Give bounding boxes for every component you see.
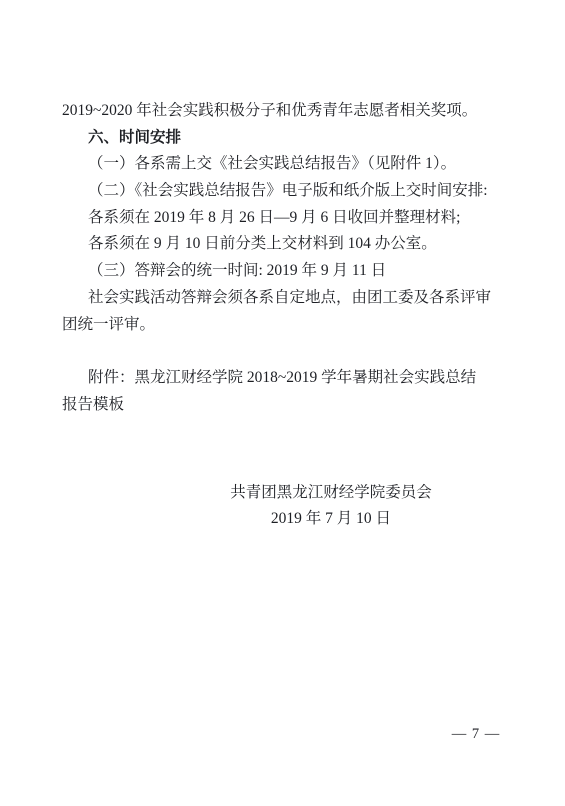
item-3-defense-time: （三）答辩会的统一时间: 2019 年 9 月 11 日 <box>62 258 500 285</box>
attachment-note-line-2: 报告模板 <box>62 392 500 419</box>
document-page: 2019~2020 年社会实践积极分子和优秀青年志愿者相关奖项。 六、时间安排 … <box>0 0 565 806</box>
signature-block: 共青团黑龙江财经学院委员会 2019 年 7 月 10 日 <box>162 480 500 533</box>
blank-line <box>62 418 500 445</box>
item-1-submit-report: （一）各系需上交《社会实践总结报告》（见附件 1）。 <box>62 151 500 178</box>
blank-line <box>62 445 500 472</box>
schedule-collect-materials: 各系须在 2019 年 8 月 26 日—9 月 6 日收回并整理材料; <box>62 205 500 232</box>
defense-location-line-1: 社会实践活动答辩会须各系自定地点，由团工委及各系评审 <box>62 285 500 312</box>
signature-organization: 共青团黑龙江财经学院委员会 <box>162 480 500 507</box>
document-body: 2019~2020 年社会实践积极分子和优秀青年志愿者相关奖项。 六、时间安排 … <box>62 98 500 533</box>
attachment-note-line-1: 附件：黑龙江财经学院 2018~2019 学年暑期社会实践总结 <box>62 365 500 392</box>
section-heading-time-arrangement: 六、时间安排 <box>62 125 500 152</box>
item-2-submission-schedule: （二）《社会实践总结报告》电子版和纸介版上交时间安排: <box>62 178 500 205</box>
page-number: — 7 — <box>438 726 514 742</box>
signature-date: 2019 年 7 月 10 日 <box>162 506 500 533</box>
blank-line <box>62 338 500 365</box>
paragraph-awards-closing: 2019~2020 年社会实践积极分子和优秀青年志愿者相关奖项。 <box>62 98 500 125</box>
schedule-hand-in-office: 各系须在 9 月 10 日前分类上交材料到 104 办公室。 <box>62 231 500 258</box>
defense-location-line-2: 团统一评审。 <box>62 312 500 339</box>
